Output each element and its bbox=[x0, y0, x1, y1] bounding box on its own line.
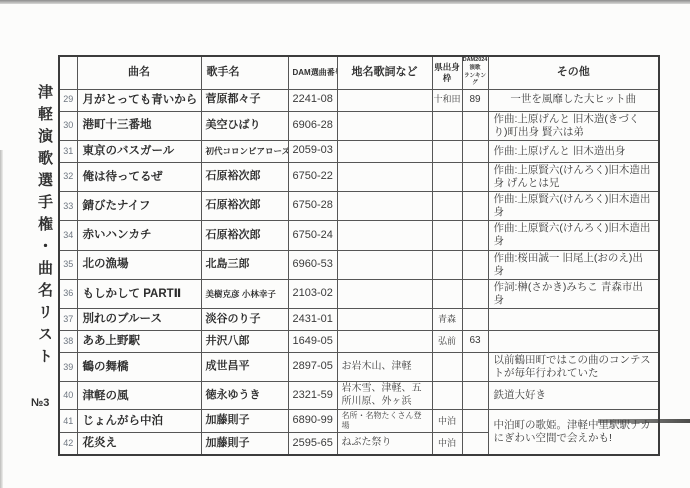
singer-name-cell: 成世昌平 bbox=[201, 353, 288, 382]
song-title-cell: 花炎え bbox=[77, 433, 201, 455]
table-row: 36もしかして PARTⅡ美樹克彦 小林幸子2103-02作詞:榊(さかき)みち… bbox=[59, 279, 659, 308]
singer-name-cell: 北島三郎 bbox=[201, 250, 288, 279]
row-number-cell: 41 bbox=[59, 410, 77, 433]
table-row: 38ああ上野駅井沢八郎1649-05弘前63 bbox=[59, 331, 659, 353]
song-title-cell: 錆びたナイフ bbox=[77, 192, 201, 221]
ranking-cell bbox=[462, 192, 488, 221]
notes-cell: 以前鶴田町ではこの曲のコンテストが毎年行われていた bbox=[488, 353, 659, 382]
header-ranking-line2: 演歌 bbox=[463, 65, 488, 73]
table-row: 41じょんがら中泊加藤則子6890-99名所・名物たくさん登場中泊中泊町の歌姫。… bbox=[59, 410, 659, 433]
place-lyrics-cell bbox=[337, 250, 432, 279]
row-number-cell: 29 bbox=[59, 89, 77, 111]
page-title: 津軽演歌選手権・曲名リスト bbox=[34, 84, 55, 414]
ranking-cell: 63 bbox=[462, 331, 488, 353]
table-row: 33錆びたナイフ石原裕次郎6750-28作曲:上原賢六(けんろく)旧木造出身 bbox=[59, 192, 659, 221]
prefecture-cell bbox=[432, 279, 462, 308]
ranking-cell bbox=[462, 250, 488, 279]
notes-cell bbox=[488, 309, 659, 331]
scan-edge-top bbox=[0, 0, 690, 4]
dam-number-cell: 6750-22 bbox=[288, 162, 337, 191]
prefecture-cell bbox=[432, 221, 462, 250]
notes-cell: 作曲:上原げんと 旧木造(きづくり)町出身 賢六は弟 bbox=[488, 111, 659, 140]
dam-number-cell: 6890-99 bbox=[288, 410, 337, 433]
singer-name-cell: 初代コロンビアローズ bbox=[201, 140, 288, 162]
header-ranking-line3: ランキング bbox=[463, 73, 488, 88]
notes-cell: 作曲:桜田誠一 旧尾上(おのえ)出身 bbox=[488, 250, 659, 279]
singer-name-cell: 徳永ゆうき bbox=[201, 382, 288, 410]
prefecture-cell: 中泊 bbox=[432, 433, 462, 455]
song-title-cell: 東京のバスガール bbox=[77, 140, 201, 162]
ranking-cell bbox=[462, 353, 488, 382]
table-row: 39鶴の舞橋成世昌平2897-05お岩木山、津軽以前鶴田町ではこの曲のコンテスト… bbox=[59, 353, 659, 382]
place-lyrics-cell bbox=[337, 279, 432, 308]
place-lyrics-cell bbox=[337, 309, 432, 331]
ranking-cell bbox=[462, 140, 488, 162]
singer-name-cell: 石原裕次郎 bbox=[201, 221, 288, 250]
place-lyrics-cell bbox=[337, 111, 432, 140]
ranking-cell bbox=[462, 279, 488, 308]
place-lyrics-cell: 名所・名物たくさん登場 bbox=[337, 410, 432, 433]
place-lyrics-cell bbox=[337, 192, 432, 221]
song-title-cell: じょんがら中泊 bbox=[77, 410, 201, 433]
notes-cell: 作曲:上原賢六(けんろく)旧木造出身 bbox=[488, 221, 659, 250]
place-lyrics-cell bbox=[337, 221, 432, 250]
notes-cell: 中泊町の歌姫。津軽中里駅駅ナカにぎわい空間で会えかも! bbox=[488, 410, 659, 455]
row-number-cell: 30 bbox=[59, 111, 77, 140]
notes-cell: 作曲:上原賢六(けんろく)旧木造出身 げんとは兄 bbox=[488, 162, 659, 191]
notes-cell: 鉄道大好き bbox=[488, 382, 659, 410]
song-title-cell: ああ上野駅 bbox=[77, 331, 201, 353]
prefecture-cell bbox=[432, 353, 462, 382]
song-title-cell: もしかして PARTⅡ bbox=[77, 279, 201, 308]
row-number-cell: 35 bbox=[59, 250, 77, 279]
song-title-cell: 月がとっても青いから bbox=[77, 89, 201, 111]
singer-name-cell: 美樹克彦 小林幸子 bbox=[201, 279, 288, 308]
prefecture-cell bbox=[432, 192, 462, 221]
dam-number-cell: 2431-01 bbox=[288, 309, 337, 331]
scan-edge-left bbox=[0, 150, 3, 488]
place-lyrics-cell bbox=[337, 89, 432, 111]
table-row: 32俺は待ってるぜ石原裕次郎6750-22作曲:上原賢六(けんろく)旧木造出身 … bbox=[59, 162, 659, 191]
header-prefecture-line1: 県出身 bbox=[433, 62, 462, 73]
song-title-cell: 津軽の風 bbox=[77, 382, 201, 410]
header-place-lyrics: 地名歌詞など bbox=[337, 56, 432, 89]
singer-name-cell: 淡谷のり子 bbox=[201, 309, 288, 331]
table-row: 30港町十三番地美空ひばり6906-28作曲:上原げんと 旧木造(きづくり)町出… bbox=[59, 111, 659, 140]
prefecture-cell bbox=[432, 382, 462, 410]
header-prefecture-slot: 県出身 枠 bbox=[432, 56, 462, 89]
header-row-number bbox=[59, 56, 77, 89]
song-title-cell: 鶴の舞橋 bbox=[77, 353, 201, 382]
ranking-cell bbox=[462, 410, 488, 433]
row-number-cell: 31 bbox=[59, 140, 77, 162]
row-number-cell: 39 bbox=[59, 353, 77, 382]
ranking-cell bbox=[462, 221, 488, 250]
ranking-cell bbox=[462, 162, 488, 191]
notes-cell: 一世を風靡した大ヒット曲 bbox=[488, 89, 659, 111]
row-number-cell: 37 bbox=[59, 309, 77, 331]
dam-number-cell: 2321-59 bbox=[288, 382, 337, 410]
prefecture-cell: 青森 bbox=[432, 309, 462, 331]
singer-name-cell: 菅原都々子 bbox=[201, 89, 288, 111]
table-row: 29月がとっても青いから菅原都々子2241-08十和田89一世を風靡した大ヒット… bbox=[59, 89, 659, 111]
place-lyrics-cell: お岩木山、津軽 bbox=[337, 353, 432, 382]
ranking-cell bbox=[462, 309, 488, 331]
ranking-cell: 89 bbox=[462, 89, 488, 111]
prefecture-cell: 弘前 bbox=[432, 331, 462, 353]
row-number-cell: 32 bbox=[59, 162, 77, 191]
prefecture-cell bbox=[432, 162, 462, 191]
song-table-body: 29月がとっても青いから菅原都々子2241-08十和田89一世を風靡した大ヒット… bbox=[59, 89, 659, 455]
notes-cell bbox=[488, 331, 659, 353]
notes-cell: 作曲:上原げんと 旧木造出身 bbox=[488, 140, 659, 162]
song-title-cell: 港町十三番地 bbox=[77, 111, 201, 140]
dam-number-cell: 6750-28 bbox=[288, 192, 337, 221]
row-number-cell: 38 bbox=[59, 331, 77, 353]
row-number-cell: 42 bbox=[59, 433, 77, 455]
prefecture-cell: 十和田 bbox=[432, 89, 462, 111]
ranking-cell bbox=[462, 382, 488, 410]
row-number-cell: 34 bbox=[59, 221, 77, 250]
table-row: 40津軽の風徳永ゆうき2321-59岩木雪、津軽、五所川原、外ヶ浜鉄道大好き bbox=[59, 382, 659, 410]
table-row: 34赤いハンカチ石原裕次郎6750-24作曲:上原賢六(けんろく)旧木造出身 bbox=[59, 221, 659, 250]
singer-name-cell: 石原裕次郎 bbox=[201, 192, 288, 221]
singer-name-cell: 加藤則子 bbox=[201, 433, 288, 455]
prefecture-cell: 中泊 bbox=[432, 410, 462, 433]
singer-name-cell: 加藤則子 bbox=[201, 410, 288, 433]
table-row: 35北の漁場北島三郎6960-53作曲:桜田誠一 旧尾上(おのえ)出身 bbox=[59, 250, 659, 279]
header-row: 曲名 歌手名 DAM選曲番号 地名歌詞など 県出身 枠 DAM2024 演歌 ラ… bbox=[59, 56, 659, 89]
singer-name-cell: 石原裕次郎 bbox=[201, 162, 288, 191]
place-lyrics-cell: ねぶた祭り bbox=[337, 433, 432, 455]
place-lyrics-cell: 岩木雪、津軽、五所川原、外ヶ浜 bbox=[337, 382, 432, 410]
row-number-cell: 36 bbox=[59, 279, 77, 308]
row-number-cell: 33 bbox=[59, 192, 77, 221]
singer-name-cell: 美空ひばり bbox=[201, 111, 288, 140]
ranking-cell bbox=[462, 433, 488, 455]
table-row: 31東京のバスガール初代コロンビアローズ2059-03作曲:上原げんと 旧木造出… bbox=[59, 140, 659, 162]
dam-number-cell: 2595-65 bbox=[288, 433, 337, 455]
prefecture-cell bbox=[432, 250, 462, 279]
ranking-cell bbox=[462, 111, 488, 140]
scanned-page: 津軽演歌選手権・曲名リスト №3 曲名 歌手名 DAM選曲番号 地名歌詞など 県… bbox=[0, 0, 690, 488]
dam-number-cell: 2103-02 bbox=[288, 279, 337, 308]
song-list-table: 曲名 歌手名 DAM選曲番号 地名歌詞など 県出身 枠 DAM2024 演歌 ラ… bbox=[58, 55, 660, 456]
row-number-cell: 40 bbox=[59, 382, 77, 410]
prefecture-cell bbox=[432, 111, 462, 140]
notes-cell: 作曲:上原賢六(けんろく)旧木造出身 bbox=[488, 192, 659, 221]
header-notes: その他 bbox=[488, 56, 659, 89]
song-title-cell: 赤いハンカチ bbox=[77, 221, 201, 250]
dam-number-cell: 6750-24 bbox=[288, 221, 337, 250]
place-lyrics-cell bbox=[337, 140, 432, 162]
place-lyrics-cell bbox=[337, 331, 432, 353]
header-dam2024-ranking: DAM2024 演歌 ランキング bbox=[462, 56, 488, 89]
notes-cell: 作詞:榊(さかき)みちこ 青森市出身 bbox=[488, 279, 659, 308]
dam-number-cell: 6906-28 bbox=[288, 111, 337, 140]
header-ranking-line1: DAM2024 bbox=[463, 57, 488, 65]
dam-number-cell: 2897-05 bbox=[288, 353, 337, 382]
dam-number-cell: 1649-05 bbox=[288, 331, 337, 353]
header-dam-number: DAM選曲番号 bbox=[288, 56, 337, 89]
table-row: 37別れのブルース淡谷のり子2431-01青森 bbox=[59, 309, 659, 331]
song-title-cell: 北の漁場 bbox=[77, 250, 201, 279]
song-title-cell: 別れのブルース bbox=[77, 309, 201, 331]
sheet-number: №3 bbox=[31, 397, 49, 409]
dam-number-cell: 6960-53 bbox=[288, 250, 337, 279]
singer-name-cell: 井沢八郎 bbox=[201, 331, 288, 353]
header-song-title: 曲名 bbox=[77, 56, 201, 89]
dam-number-cell: 2241-08 bbox=[288, 89, 337, 111]
song-title-cell: 俺は待ってるぜ bbox=[77, 162, 201, 191]
header-singer-name: 歌手名 bbox=[201, 56, 288, 89]
place-lyrics-cell bbox=[337, 162, 432, 191]
dam-number-cell: 2059-03 bbox=[288, 140, 337, 162]
header-prefecture-line2: 枠 bbox=[433, 73, 462, 84]
prefecture-cell bbox=[432, 140, 462, 162]
